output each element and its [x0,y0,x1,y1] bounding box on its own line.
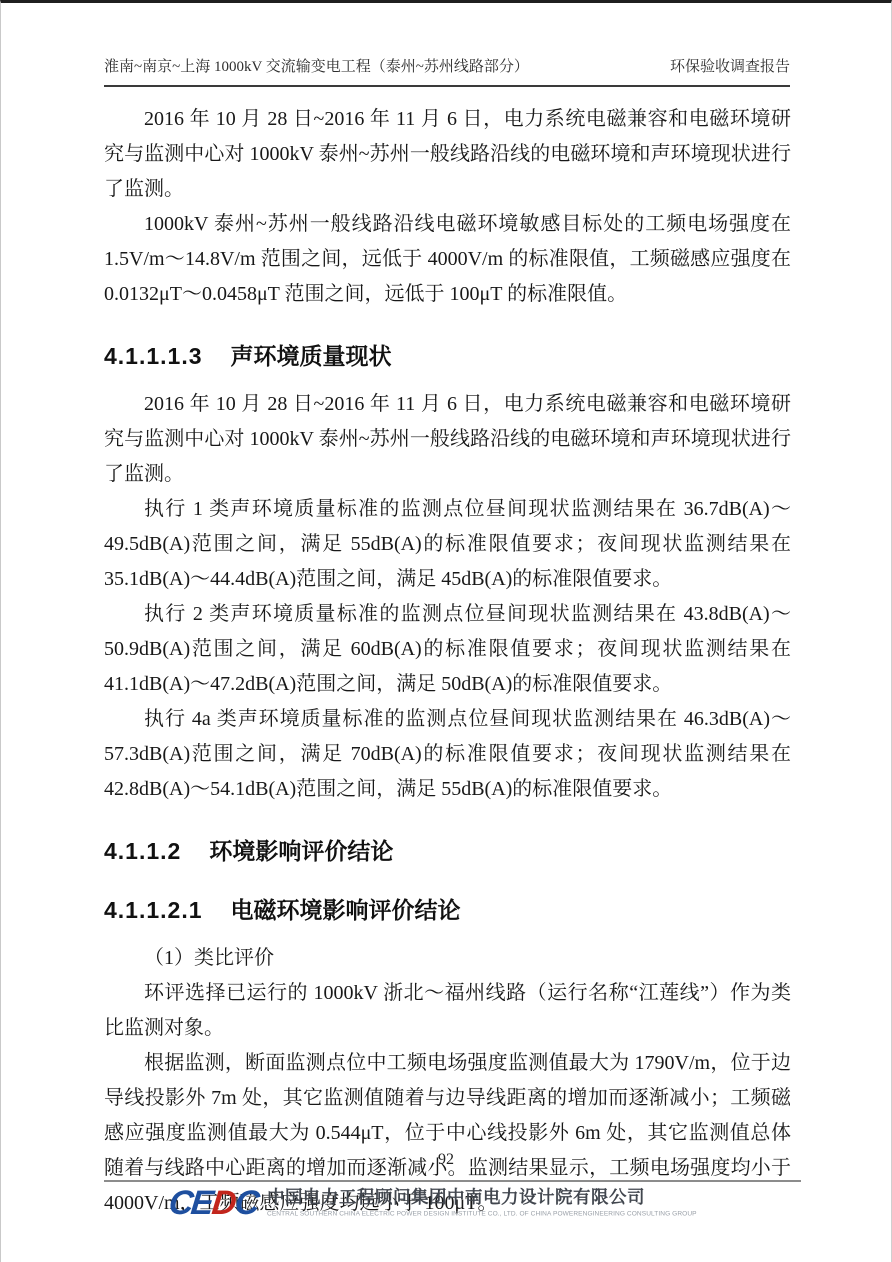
paragraph-analogy-line: 环评选择已运行的 1000kV 浙北～福州线路（运行名称“江莲线”）作为类比监测… [104,976,791,1046]
page-footer: C E D C 中国电力工程顾问集团中南电力设计院有限公司 CENTRAL SO… [169,1186,791,1220]
section-heading-eia-conclusion: 4.1.1.2 环境影响评价结论 [104,833,791,866]
company-name-en: CENTRAL SOUTHERN CHINA ELECTRIC POWER DE… [267,1210,697,1217]
company-name-block: 中国电力工程顾问集团中南电力设计院有限公司 CENTRAL SOUTHERN C… [267,1187,791,1219]
page-header: 淮南~南京~上海 1000kV 交流输变电工程（泰州~苏州线路部分） 环保验收调… [104,55,790,87]
document-page: 淮南~南京~上海 1000kV 交流输变电工程（泰州~苏州线路部分） 环保验收调… [0,0,892,1262]
cedc-logo-mark: C E D C [169,1186,257,1220]
heading-number: 4.1.1.2 [104,838,181,865]
paragraph-noise-class1: 执行 1 类声环境质量标准的监测点位昼间现状监测结果在 36.7dB(A)～49… [104,492,791,597]
heading-title: 电磁环境影响评价结论 [231,892,461,925]
paragraph-noise-class2: 执行 2 类声环境质量标准的监测点位昼间现状监测结果在 43.8dB(A)～50… [104,597,791,702]
section-heading-em-eia-conclusion: 4.1.1.2.1 电磁环境影响评价结论 [104,892,791,925]
paragraph-monitoring-dates-2: 2016 年 10 月 28 日~2016 年 11 月 6 日，电力系统电磁兼… [104,387,791,492]
company-name-cn: 中国电力工程顾问集团中南电力设计院有限公司 [267,1187,791,1208]
paragraph-noise-class4a: 执行 4a 类声环境质量标准的监测点位昼间现状监测结果在 46.3dB(A)～5… [104,702,791,807]
logo-letter-c2: C [233,1186,259,1220]
page-number: 92 [1,1151,891,1169]
heading-number: 4.1.1.2.1 [104,897,203,924]
header-report-title: 环保验收调查报告 [670,55,790,76]
logo-letter-d: D [210,1186,236,1220]
footer-rule [104,1180,801,1182]
section-heading-acoustic-status: 4.1.1.1.3 声环境质量现状 [104,338,791,371]
header-project-title: 淮南~南京~上海 1000kV 交流输变电工程（泰州~苏州线路部分） [104,55,529,76]
paragraph-analogy-label: （1）类比评价 [104,941,791,976]
heading-title: 声环境质量现状 [231,338,392,371]
heading-number: 4.1.1.1.3 [104,343,203,370]
paragraph-monitoring-dates-1: 2016 年 10 月 28 日~2016 年 11 月 6 日，电力系统电磁兼… [104,102,791,207]
heading-title: 环境影响评价结论 [209,833,393,866]
page-content: 2016 年 10 月 28 日~2016 年 11 月 6 日，电力系统电磁兼… [104,102,791,1221]
paragraph-em-field-results: 1000kV 泰州~苏州一般线路沿线电磁环境敏感目标处的工频电场强度在 1.5V… [104,207,791,312]
